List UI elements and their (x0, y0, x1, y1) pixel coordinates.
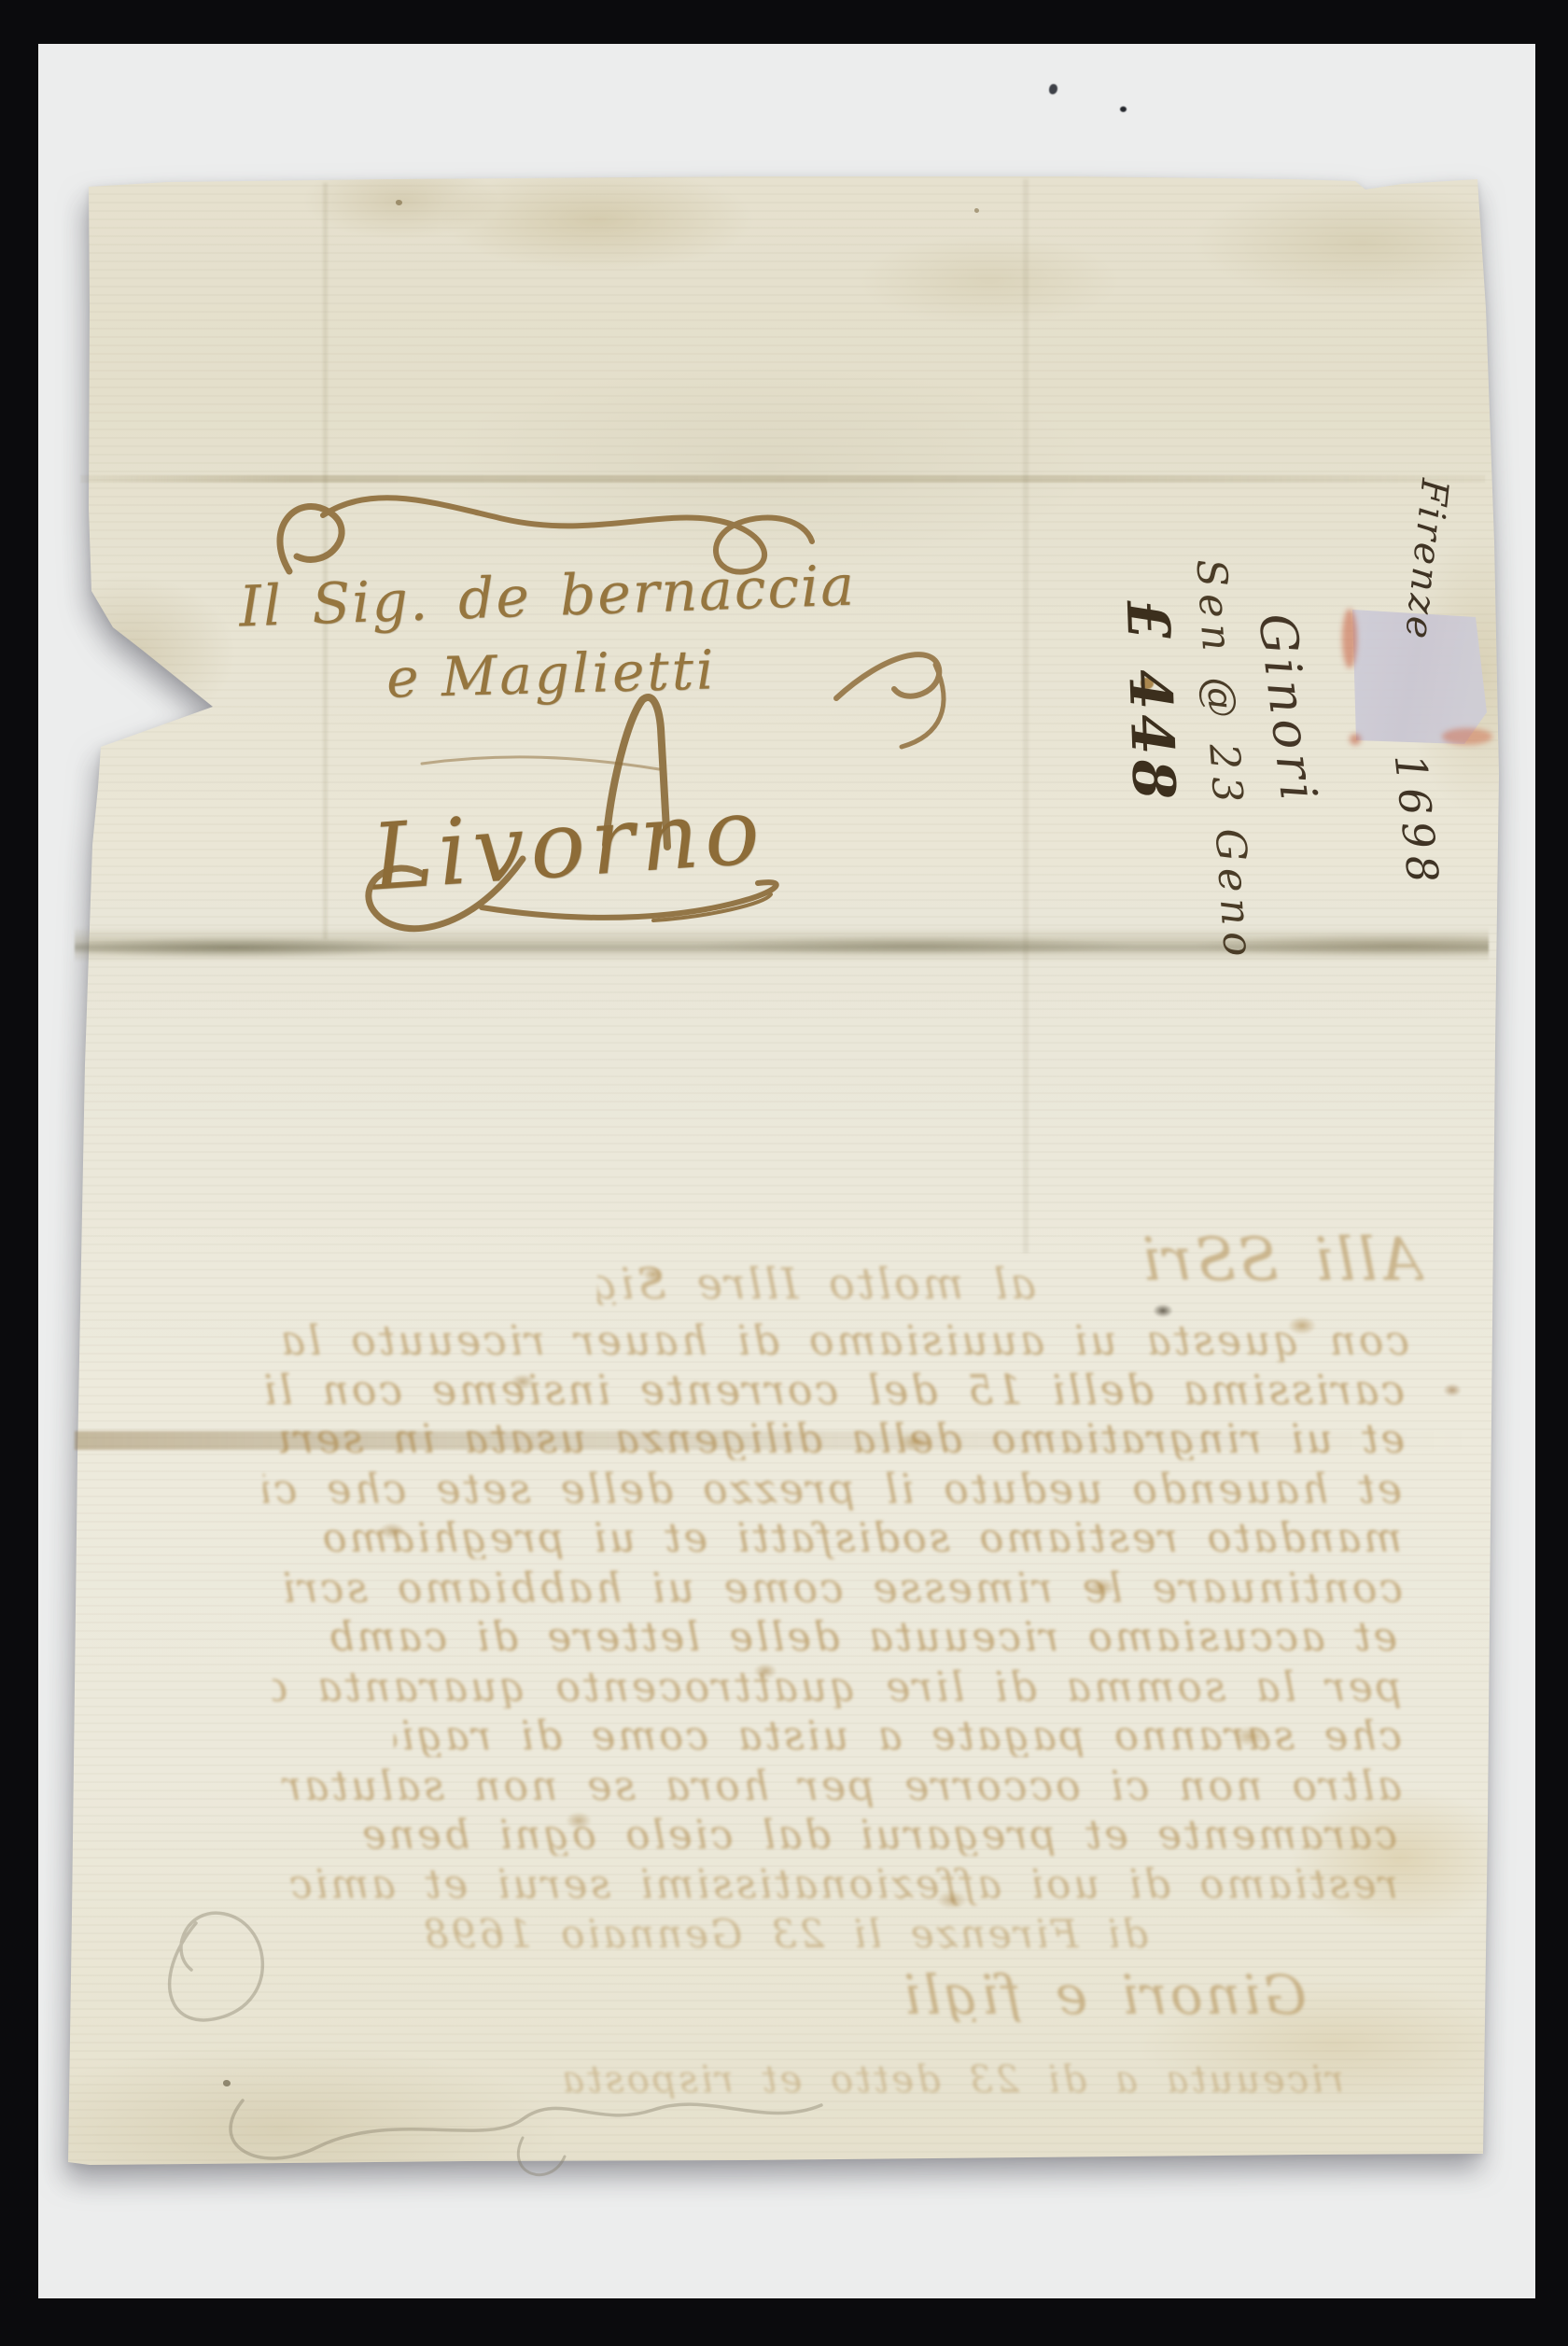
seal-stain (1350, 734, 1361, 745)
ink-fleck (396, 200, 402, 205)
address-line-2: e Maglietti (385, 638, 717, 709)
scan-stage: al molto Illre Sig reAlli SSricon questa… (0, 0, 1568, 2346)
ink-fleck (974, 208, 979, 213)
seal-stain (1342, 609, 1357, 668)
ink-fleck (223, 2080, 231, 2086)
docket-amount-text: £ 448 (1113, 598, 1189, 806)
seal-stain (1442, 728, 1492, 745)
bleedthrough-blotches (0, 0, 1568, 2346)
